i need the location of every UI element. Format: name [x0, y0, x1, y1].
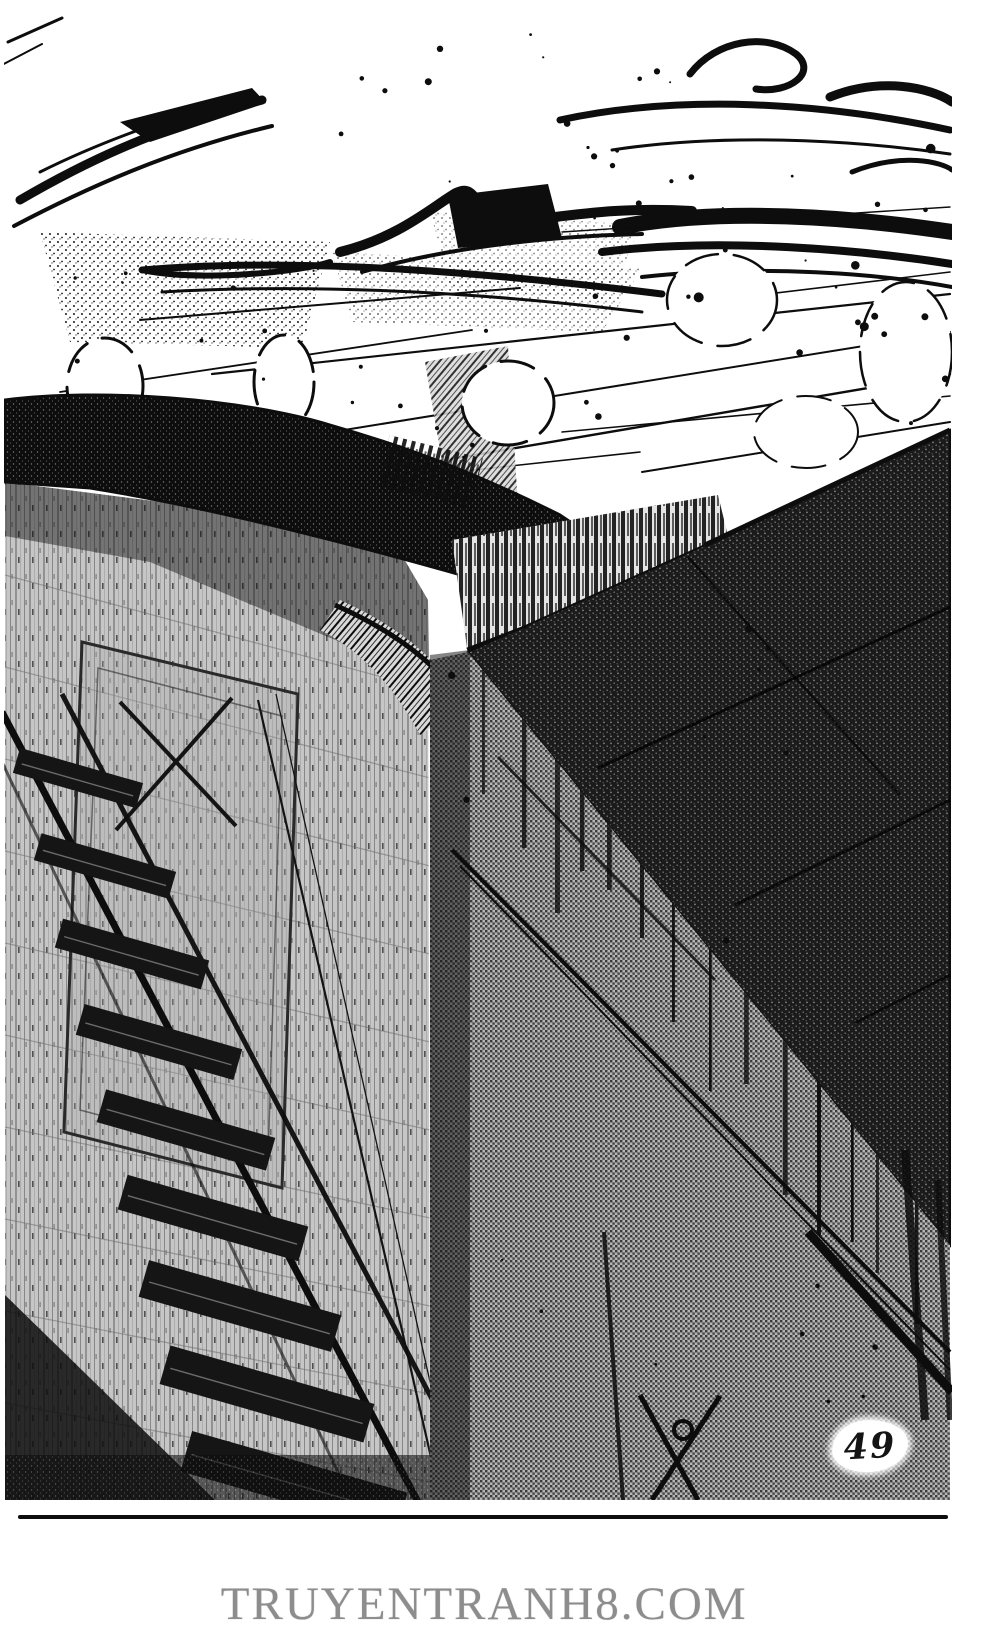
- train-cars-artwork: [2, 395, 952, 1533]
- manga-panel-artwork: [0, 0, 1000, 1642]
- panel-bottom-border: [18, 1515, 948, 1519]
- manga-page: 49 TRUYENTRANH8.COM: [0, 0, 1000, 1642]
- watermark-text: TRUYENTRANH8.COM: [221, 1577, 748, 1631]
- page-number: 49: [843, 1427, 897, 1465]
